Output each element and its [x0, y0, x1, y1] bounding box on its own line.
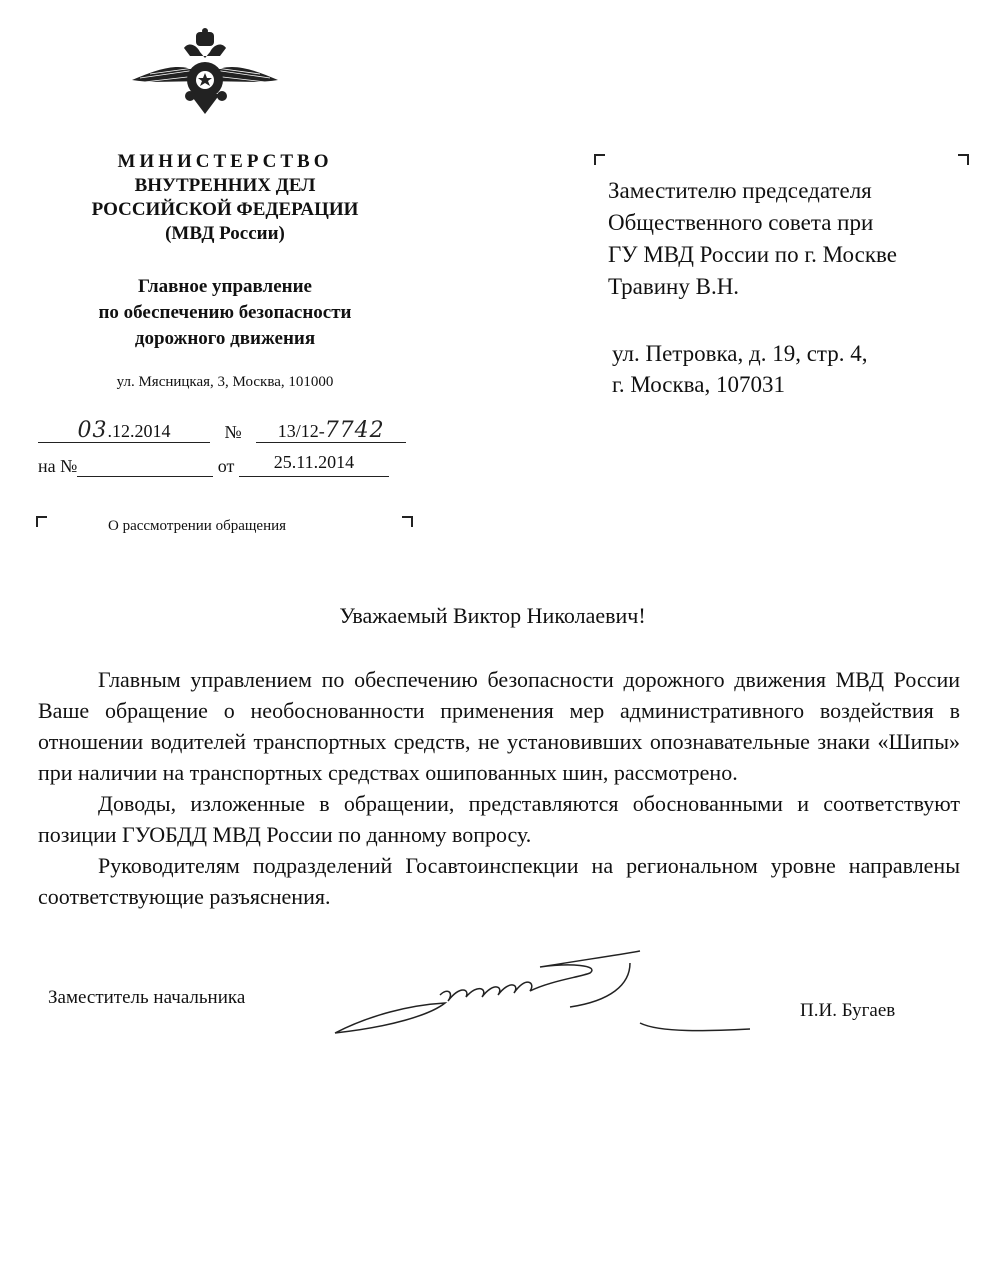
handwritten-signature-icon: [330, 945, 750, 1045]
recipient-line: Травину В.Н.: [608, 271, 897, 303]
recipient-address: ул. Петровка, д. 19, стр. 4, г. Москва, …: [612, 338, 868, 400]
signer-name: П.И. Бугаев: [800, 1000, 895, 1022]
subject: О рассмотрении обращения: [108, 518, 286, 535]
recipient-block: Заместителю председателя Общественного с…: [608, 175, 897, 303]
recipient-line: Заместителю председателя: [608, 175, 897, 207]
recipient-address-line: ул. Петровка, д. 19, стр. 4,: [612, 338, 868, 369]
ministry-line-3: РОССИЙСКОЙ ФЕДЕРАЦИИ: [40, 198, 410, 222]
ref-number: [77, 452, 213, 477]
signer-title: Заместитель начальника: [48, 987, 245, 1009]
department-line-1: Главное управление: [40, 274, 410, 300]
bracket-top-right: [402, 516, 413, 527]
sender-address: ул. Мясницкая, 3, Москва, 101000: [40, 374, 410, 391]
bracket-top-left: [36, 516, 47, 527]
ref-label: на №: [38, 456, 77, 476]
date-printed: .12.2014: [108, 421, 171, 441]
ministry-line-2: ВНУТРЕННИХ ДЕЛ: [40, 174, 410, 198]
registration-line: 03.12.2014 № 13/12-7742: [38, 418, 406, 444]
body-paragraph: Главным управлением по обеспечению безоп…: [38, 664, 960, 788]
ministry-line-4: (МВД России): [40, 222, 410, 246]
recipient-address-line: г. Москва, 107031: [612, 369, 868, 400]
number-handwritten: 7742: [325, 418, 385, 443]
greeting: Уважаемый Виктор Николаевич!: [0, 603, 985, 629]
number-printed: 13/12-: [278, 421, 325, 441]
ministry-line-1: МИНИСТЕРСТВО: [40, 150, 410, 174]
from-date: 25.11.2014: [239, 452, 389, 477]
reference-line: на № от 25.11.2014: [38, 452, 389, 478]
recipient-bracket-left: [594, 154, 605, 165]
ministry-name: МИНИСТЕРСТВО ВНУТРЕННИХ ДЕЛ РОССИЙСКОЙ Ф…: [40, 150, 410, 246]
from-label: от: [218, 456, 235, 476]
recipient-bracket-right: [958, 154, 969, 165]
recipient-line: ГУ МВД России по г. Москве: [608, 239, 897, 271]
department-line-3: дорожного движения: [40, 326, 410, 352]
letter-body: Главным управлением по обеспечению безоп…: [38, 664, 960, 912]
body-paragraph: Доводы, изложенные в обращении, представ…: [38, 788, 960, 850]
department-line-2: по обеспечению безопасности: [40, 300, 410, 326]
date-handwritten: 03: [78, 418, 108, 443]
outgoing-number: 13/12-7742: [256, 418, 406, 443]
mvd-emblem-icon: [130, 28, 280, 118]
outgoing-date: 03.12.2014: [38, 418, 210, 443]
body-paragraph: Руководителям подразделений Госавтоинспе…: [38, 850, 960, 912]
recipient-line: Общественного совета при: [608, 207, 897, 239]
department-name: Главное управление по обеспечению безопа…: [40, 274, 410, 352]
number-label: №: [225, 422, 242, 442]
